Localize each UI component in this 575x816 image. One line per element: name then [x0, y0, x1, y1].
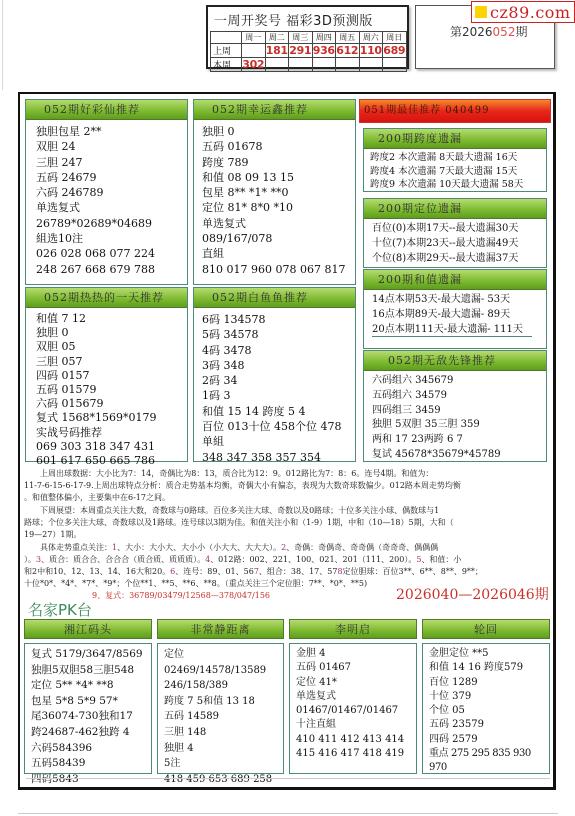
draw-number: 936	[312, 44, 336, 58]
draw-number	[383, 58, 407, 72]
panel-title: 052期热热的一天推荐	[26, 288, 187, 308]
panel-body: 独胆包星 2** 双胆 24 三胆 247 五码 24679 六码 246789…	[26, 120, 187, 277]
line: 定位 81* 8*0 *10	[202, 200, 355, 215]
row-label: 上周	[211, 44, 242, 58]
line: 单选复式	[202, 216, 355, 231]
panel-title: 轮回	[422, 619, 550, 639]
line: 089/167/078	[202, 231, 355, 246]
line: 复式 5179/3647/8569	[31, 647, 151, 663]
line: 复试 45678*35679*45789	[372, 448, 546, 463]
line: 01467/01467/01467	[296, 704, 416, 718]
line: 和值 14 16 跨度579	[429, 661, 549, 675]
line: 810 017 960 078 067 817	[202, 262, 355, 277]
line: 双胆 24	[36, 139, 187, 154]
line: 02469/14578/13589	[164, 663, 283, 679]
analysis-line: 。和值整体偏小，主要集中在6-17之间。	[24, 492, 170, 504]
panel-position-miss: 200期定位遗漏 百位(0)本期17天--最大遗漏30天 十位(7)本期23天-…	[363, 198, 547, 268]
line: 16点本期89天-最大遗漏- 89天	[372, 307, 546, 322]
panel-body: 独胆 0 五码 01678 跨度 789 和值 08 09 13 15 包星 8…	[194, 120, 355, 277]
line: 包星 8** *1* **0	[202, 185, 355, 200]
day-header: 周二	[265, 32, 289, 44]
line: 单組	[202, 434, 355, 449]
page-edge	[2, 0, 3, 90]
line: 3码 348	[202, 358, 355, 373]
line: 五码 01678	[202, 139, 355, 154]
line: 三胆 247	[36, 155, 187, 170]
text: 、组合：38、17、57	[259, 567, 338, 576]
line: 十位 379	[429, 690, 549, 704]
divider	[26, 778, 550, 779]
draw-grid: 周一 周二 周三 周四 周五 周六 周日 上周 181 291 936 612 …	[210, 31, 407, 72]
best-recommend-title: 051期最佳推荐 040499	[360, 100, 550, 122]
line: 5码 34578	[202, 327, 355, 342]
draw-number	[289, 58, 313, 72]
line: 单选复式	[36, 200, 187, 215]
watermark-square-icon	[475, 6, 487, 18]
panel-body: 跨度2 本次遗漏 8天最大遗漏 16天 跨度4 本次遗漏 7天最大遗漏 15天 …	[364, 149, 546, 192]
line: 个位(8)本期29天--最大遗漏37天	[372, 251, 546, 266]
line: 跨度2 本次遗漏 8天最大遗漏 16天	[370, 151, 546, 165]
line: 定位 5** *4* **8	[31, 678, 151, 694]
line: 14点本期53天-最大遗漏- 53天	[372, 292, 546, 307]
line: 四码组三 3459	[372, 404, 546, 419]
line: 五码 23579	[429, 718, 549, 732]
line: 4码 3478	[202, 343, 355, 358]
analysis-line: 下周展望：本周重点关注大数，奇数球与0路球。百位多关注大球、奇数以及0路球；十位…	[24, 505, 439, 517]
panel-title: 李明启	[289, 619, 417, 639]
line: 独胆 0	[202, 124, 355, 139]
line: 实战号码推荐	[36, 426, 187, 440]
text: 具体走势重点关注：	[24, 543, 112, 552]
draw-number: 302	[242, 58, 266, 72]
line: 复式 1568*1569*0179	[36, 411, 187, 425]
line: 定位 41*	[296, 676, 416, 690]
panel-title: 052期好彩仙推荐	[26, 100, 187, 120]
line: 1码 3	[202, 388, 355, 403]
line: 百位 1289	[429, 676, 549, 690]
draw-number	[312, 58, 336, 72]
line: 独胆 4	[164, 741, 283, 757]
line: 069 303 318 347 431	[36, 440, 187, 454]
line: 独胆 0	[36, 326, 187, 340]
line: 410 411 412 413 414	[296, 733, 416, 747]
line: 独胆5双胆58三胆548	[31, 663, 151, 679]
panel-xingyunxin: 052期幸运鑫推荐 独胆 0 五码 01678 跨度 789 和值 08 09 …	[193, 99, 356, 285]
panel-baiyuyu: 052期白鱼鱼推荐 6码 134578 5码 34578 4码 3478 3码 …	[193, 287, 356, 462]
panel-title: 非常静距离	[157, 619, 284, 639]
text: 、奇偶：奇偶奇、奇奇偶（奇奇奇、偶偶偶	[286, 543, 438, 552]
line: 組选10注	[36, 231, 187, 246]
line: 五码 01579	[36, 383, 187, 397]
divider	[18, 813, 558, 814]
period-range: 2026040—2026046期	[396, 584, 549, 604]
line: 跨度9 本次遗漏 10天最大遗漏 58天	[370, 178, 546, 192]
panel-body: 金胆定位 **5 和值 14 16 跨度579 百位 1289 十位 379 个…	[422, 643, 550, 774]
focus-line-5: 9、复式：36789/03479/12568—378/047/156	[92, 590, 270, 602]
line: 五码 14589	[164, 709, 283, 725]
line: 金胆定位 **5	[429, 647, 549, 661]
focus-line-4: 十位*0*、*4*、*7*、*9*；个位**1、**5、**6、**8。（重点关…	[24, 578, 367, 590]
line: 三胆 057	[36, 355, 187, 369]
panel-body: 六码组六 345679 五码组六 34579 四码组三 3459 独胆 5双胆 …	[364, 371, 546, 463]
line: 418 459 653 689 258	[164, 772, 283, 788]
panel-body: 14点本期53天-最大遗漏- 53天 16点本期89天-最大遗漏- 89天 20…	[364, 290, 546, 337]
pk-panel-limingqi: 李明启 金胆 4 五码 01467 定位 41* 单选复式 01467/0146…	[289, 619, 417, 776]
line: 348 347 358 357 354	[202, 450, 355, 465]
line: 重点 275 295 835 930 970	[429, 747, 549, 761]
line: 跨24687-462独跨 4	[31, 725, 151, 741]
line: 百位 013十位 458个位 478	[202, 419, 355, 434]
draw-number: 612	[336, 44, 360, 58]
line: 金胆 4	[296, 647, 416, 661]
text: 、质合：质合合、合合合（质合质、质质质）。	[41, 555, 205, 564]
panel-body: 复式 5179/3647/8569 独胆5双胆58三胆548 定位 5** *4…	[24, 643, 152, 774]
line: 415 416 417 418 419	[296, 747, 416, 761]
focus-line-2: ）。3、质合：质合合、合合合（质合质、质质质）。4、012路：002、221、1…	[24, 554, 461, 566]
line: 四码5843	[31, 772, 151, 788]
line: 五码组六 34579	[372, 389, 546, 404]
line: 20点本期111天-最大遗漏- 111天	[372, 322, 532, 337]
issue-num: 052	[493, 25, 516, 39]
analysis-line: 路球；个位多关注大球、奇数球以及1路球。连号球以3期为佳。和值关注小和（1-9）…	[24, 517, 454, 529]
line: 026 028 068 077 224	[36, 246, 187, 261]
line: 直組	[202, 246, 355, 261]
row-label: 本周	[211, 58, 242, 72]
day-header: 周五	[336, 32, 360, 44]
weekly-draw-table: 一周开奖号 福彩3D预测版 周一 周二 周三 周四 周五 周六 周日 上周 18…	[206, 5, 409, 69]
panel-body: 定位 02469/14578/13589 246/158/389 跨度 7 5和…	[157, 643, 284, 774]
day-header: 周日	[383, 32, 407, 44]
line: 五码 24679	[36, 170, 187, 185]
pk-panel-feichang: 非常静距离 定位 02469/14578/13589 246/158/389 跨…	[157, 619, 284, 776]
focus-line-3: 和2中和10、12、13、14、16大和20。6、连号：89、01、567、组合…	[24, 566, 483, 578]
line: 六码584396	[31, 741, 151, 757]
line: 601 617 650 665 786	[36, 454, 187, 468]
draw-number	[359, 58, 383, 72]
line: 246/158/389	[164, 678, 283, 694]
issue-prefix: 第2026	[450, 25, 493, 39]
day-header: 周三	[289, 32, 313, 44]
line: 6码 134578	[202, 312, 355, 327]
panel-haocaixian: 052期好彩仙推荐 独胆包星 2** 双胆 24 三胆 247 五码 24679…	[25, 99, 188, 285]
line: 六码 015679	[36, 397, 187, 411]
panel-span-miss: 200期跨度遗漏 跨度2 本次遗漏 8天最大遗漏 16天 跨度4 本次遗漏 7天…	[363, 128, 547, 192]
line: 248 267 668 679 788	[36, 262, 187, 277]
line: 十注直組	[296, 718, 416, 732]
best-recommend-bar: 051期最佳推荐 040499	[359, 99, 551, 123]
analysis-line: 上周出球数据：大小比为7：14，奇偶比为8：13，质合比为12：9。012路比为…	[24, 468, 433, 480]
panel-sum-miss: 200期和值遗漏 14点本期53天-最大遗漏- 53天 16点本期89天-最大遗…	[363, 269, 547, 349]
line: 独胆包星 2**	[36, 124, 187, 139]
line: 独胆 5双胆 35三胆 359	[372, 418, 546, 433]
text: 、和值：小	[421, 555, 461, 564]
line: 十位(7)本期23天--最大遗漏49天	[372, 236, 546, 251]
panel-body: 6码 134578 5码 34578 4码 3478 3码 348 2码 34 …	[194, 308, 355, 465]
text: 、012路：002、221、100、021、201（111、200）。	[210, 555, 416, 564]
line: 跨度 789	[202, 155, 355, 170]
analysis-line: 19—27）1期。	[24, 529, 81, 541]
line: 和值 15 14 跨度 5 4	[202, 404, 355, 419]
draw-number	[336, 58, 360, 72]
line: 四码 2579	[429, 733, 549, 747]
panel-title: 052期幸运鑫推荐	[194, 100, 355, 120]
issue-suffix: 期	[515, 25, 527, 39]
line: 和值 7 12	[36, 312, 187, 326]
panel-title: 052期无敌先锋推荐	[364, 351, 546, 371]
main-frame: 052期好彩仙推荐 独胆包星 2** 双胆 24 三胆 247 五码 24679…	[18, 92, 556, 790]
draw-number	[242, 44, 266, 58]
draw-number: 110	[359, 44, 383, 58]
panel-rerede: 052期热热的一天推荐 和值 7 12 独胆 0 双胆 05 三胆 057 四码…	[25, 287, 188, 462]
line: 2码 34	[202, 373, 355, 388]
corner-cell	[211, 32, 242, 44]
line: 包星 5*8 5*9 57*	[31, 694, 151, 710]
line: 两和 17 23两跨 6 7	[372, 433, 546, 448]
line: 五码 01467	[296, 661, 416, 675]
line: 个位 05	[429, 704, 549, 718]
line: 定位	[164, 647, 283, 663]
text: ）。	[24, 555, 36, 564]
focus-line-1: 具体走势重点关注：1、大小：大小大、大小小（小大大、大大大）。2、奇偶：奇偶奇、…	[24, 542, 438, 554]
pk-panel-xiangjiang: 湘江码头 复式 5179/3647/8569 独胆5双胆58三胆548 定位 5…	[24, 619, 152, 776]
line: 尾36074-730独和17	[31, 709, 151, 725]
watermark: cz89.com	[471, 1, 575, 23]
line: 六码组六 345679	[372, 374, 546, 389]
day-header: 周六	[359, 32, 383, 44]
panel-title: 200期定位遗漏	[364, 199, 546, 219]
text: 和2中和10、12、13、14、16大和20。	[24, 567, 170, 576]
panel-title: 052期白鱼鱼推荐	[194, 288, 355, 308]
panel-wudixianfeng: 052期无敌先锋推荐 六码组六 345679 五码组六 34579 四码组三 3…	[363, 350, 547, 462]
line: 五码58439	[31, 756, 151, 772]
line: 和值 08 09 13 15	[202, 170, 355, 185]
panel-title: 湘江码头	[24, 619, 152, 639]
pk-panel-lunhui: 轮回 金胆定位 **5 和值 14 16 跨度579 百位 1289 十位 37…	[422, 619, 550, 776]
pk-section-title: 名家PK台	[28, 599, 92, 620]
day-header: 周一	[242, 32, 266, 44]
line: 四码 0157	[36, 369, 187, 383]
panel-body: 金胆 4 五码 01467 定位 41* 单选复式 01467/01467/01…	[289, 643, 417, 774]
draw-number: 291	[289, 44, 313, 58]
analysis-line: 11-7-6-15-6-17-9.上周出球特点分析：质合走势基本均衡，奇偶大小有…	[24, 480, 461, 492]
draw-number: 689	[383, 44, 407, 58]
draw-number: 181	[265, 44, 289, 58]
line: 跨度 7 5和值 13 18	[164, 694, 283, 710]
line: 单选复式	[296, 690, 416, 704]
text: 、连号：89、01、56	[175, 567, 254, 576]
watermark-text: cz89.com	[490, 3, 571, 22]
issue-number: 第2026052期	[450, 23, 527, 40]
header-title: 一周开奖号 福彩3D预测版	[208, 7, 407, 31]
line: 百位(0)本期17天--最大遗漏30天	[372, 221, 546, 236]
panel-title: 200期跨度遗漏	[364, 129, 546, 149]
panel-title: 200期和值遗漏	[364, 270, 546, 290]
line: 双胆 05	[36, 340, 187, 354]
line: 六码 246789	[36, 185, 187, 200]
panel-body: 百位(0)本期17天--最大遗漏30天 十位(7)本期23天--最大遗漏49天 …	[364, 219, 546, 266]
line: 跨度4 本次遗漏 7天最大遗漏 15天	[370, 165, 546, 179]
text: 、大小：大小大、大小小（小大大、大大大）。	[117, 543, 281, 552]
panel-body: 和值 7 12 独胆 0 双胆 05 三胆 057 四码 0157 五码 015…	[26, 308, 187, 468]
text: 定位胆球：百位3**、6**、8**、9**；	[343, 567, 483, 576]
line: 5注	[164, 756, 283, 772]
line: 三胆 148	[164, 725, 283, 741]
line: 26789*02689*04689	[36, 216, 187, 231]
draw-number	[265, 58, 289, 72]
day-header: 周四	[312, 32, 336, 44]
